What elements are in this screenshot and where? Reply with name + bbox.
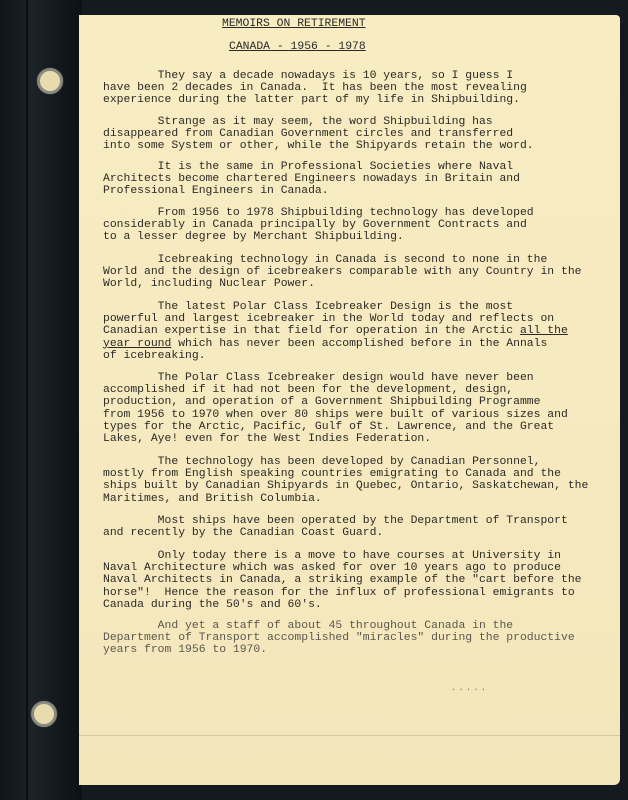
paragraph-2: Strange as it may seem, the word Shipbui… bbox=[103, 116, 623, 153]
paragraph-6: The latest Polar Class Icebreaker Design… bbox=[103, 301, 623, 362]
paragraph-5: Icebreaking technology in Canada is seco… bbox=[103, 254, 623, 291]
paragraph-7: The Polar Class Icebreaker design would … bbox=[103, 372, 623, 445]
page-fold-line bbox=[79, 735, 620, 736]
paragraph-8: The technology has been developed by Can… bbox=[103, 456, 623, 505]
binder-ring-hole-bottom bbox=[31, 701, 57, 727]
binder-crease bbox=[26, 0, 28, 800]
paragraph-10: Only today there is a move to have cours… bbox=[103, 550, 623, 611]
document-title: MEMOIRS ON RETIREMENT bbox=[222, 18, 366, 30]
paragraph-1: They say a decade nowadays is 10 years, … bbox=[103, 70, 623, 107]
underlined-emphasis: all the bbox=[520, 325, 568, 337]
typewritten-page: MEMOIRS ON RETIREMENT CANADA - 1956 - 19… bbox=[79, 15, 620, 785]
document-subtitle: CANADA - 1956 - 1978 bbox=[229, 41, 366, 53]
paragraph-4: From 1956 to 1978 Shipbuilding technolog… bbox=[103, 207, 623, 244]
binder-cover bbox=[0, 0, 82, 800]
continuation-mark: ..... bbox=[451, 683, 488, 693]
underlined-emphasis: year round bbox=[103, 338, 171, 350]
paragraph-11: And yet a staff of about 45 throughout C… bbox=[103, 620, 623, 657]
paragraph-3: It is the same in Professional Societies… bbox=[103, 161, 623, 198]
binder-ring-hole-top bbox=[37, 68, 63, 94]
paragraph-9: Most ships have been operated by the Dep… bbox=[103, 515, 623, 539]
